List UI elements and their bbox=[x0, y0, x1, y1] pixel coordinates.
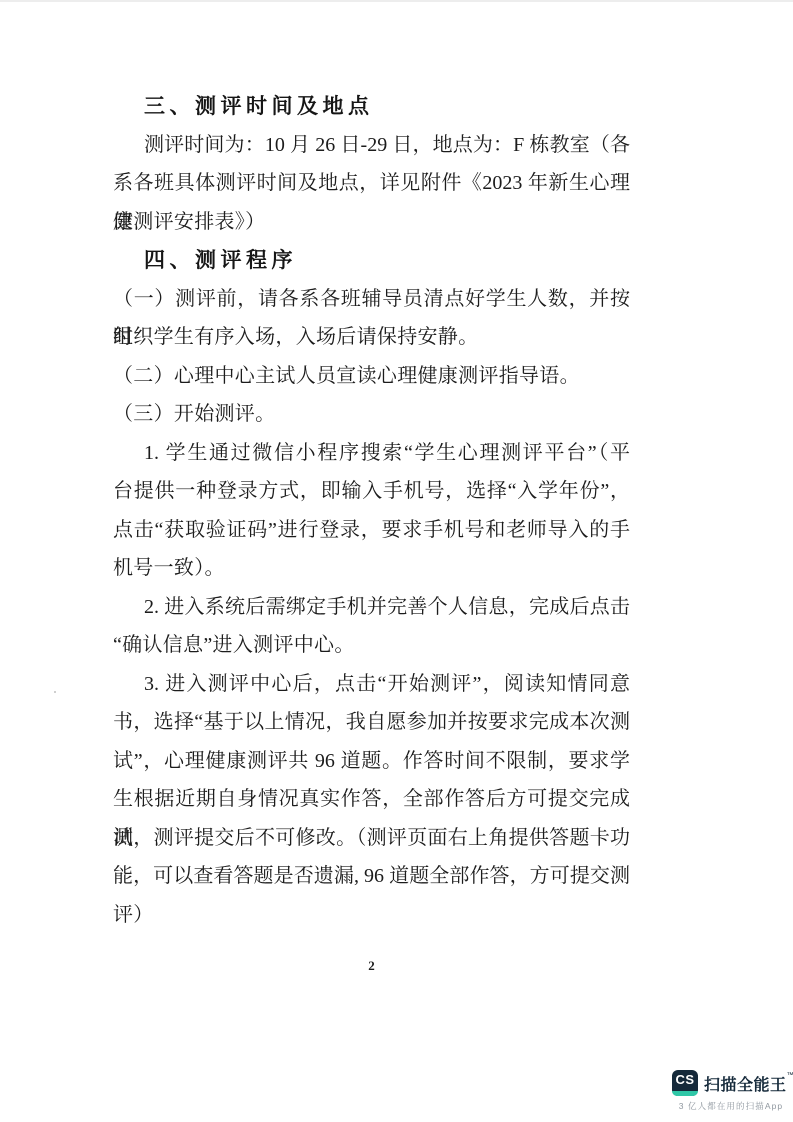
text-line: 书，选择“基于以上情况，我自愿参加并按要求完成本次测 bbox=[113, 703, 630, 742]
text-line: 1. 学生通过微信小程序搜索“学生心理测评平台”（平 bbox=[113, 434, 630, 473]
page-number: 2 bbox=[113, 958, 630, 974]
text-line: （一）测评前，请各系各班辅导员清点好学生人数，并按时 bbox=[113, 280, 630, 319]
camscanner-lockup: CS 扫描全能王™ bbox=[672, 1070, 790, 1096]
scanned-document-page: 三、测评时间及地点测评时间为：10 月 26 日-29 日，地点为：F 栋教室（… bbox=[0, 0, 793, 1122]
trademark-symbol: ™ bbox=[787, 1072, 793, 1079]
camscanner-brand-name: 扫描全能王 bbox=[704, 1077, 787, 1094]
text-line: 试”，心理健康测评共 96 道题。作答时间不限制，要求学 bbox=[113, 742, 630, 781]
section-heading: 三、测评时间及地点 bbox=[113, 87, 630, 126]
text-line: 机号一致）。 bbox=[113, 549, 630, 588]
text-line: 生根据近期自身情况真实作答，全部作答后方可提交完成测 bbox=[113, 780, 630, 819]
camscanner-brand-row: 扫描全能王™ bbox=[704, 1072, 793, 1095]
text-line: 组织学生有序入场，入场后请保持安静。 bbox=[113, 318, 630, 357]
camscanner-tagline: 3 亿人都在用的扫描App bbox=[672, 1100, 790, 1112]
text-line: 系各班具体测评时间及地点，详见附件《2023 年新生心理健 bbox=[113, 164, 630, 203]
camscanner-logo-icon: CS bbox=[672, 1070, 698, 1096]
text-line: 台提供一种登录方式，即输入手机号，选择“入学年份”， bbox=[113, 472, 630, 511]
text-line: 评） bbox=[113, 896, 630, 935]
text-line: 试，测评提交后不可修改。（测评页面右上角提供答题卡功 bbox=[113, 819, 630, 858]
camscanner-logo-accent bbox=[672, 1091, 698, 1096]
camscanner-watermark: CS 扫描全能王™ 3 亿人都在用的扫描App bbox=[672, 1070, 790, 1112]
scan-artifact bbox=[54, 691, 56, 693]
text-line: 2. 进入系统后需绑定手机并完善个人信息，完成后点击 bbox=[113, 588, 630, 627]
text-line: “确认信息”进入测评中心。 bbox=[113, 626, 630, 665]
text-line: 点击“获取验证码”进行登录，要求手机号和老师导入的手 bbox=[113, 511, 630, 550]
text-line: （二）心理中心主试人员宣读心理健康测评指导语。 bbox=[113, 357, 630, 396]
text-line: 康测评安排表》） bbox=[113, 203, 630, 242]
text-line: 能，可以查看答题是否遗漏, 96 道题全部作答，方可提交测 bbox=[113, 857, 630, 896]
text-line: 测评时间为：10 月 26 日-29 日，地点为：F 栋教室（各 bbox=[113, 126, 630, 165]
scan-edge-shadow bbox=[0, 0, 793, 2]
camscanner-logo-text: CS bbox=[672, 1072, 698, 1087]
section-heading: 四、测评程序 bbox=[113, 241, 630, 280]
text-line: （三）开始测评。 bbox=[113, 395, 630, 434]
document-body: 三、测评时间及地点测评时间为：10 月 26 日-29 日，地点为：F 栋教室（… bbox=[113, 87, 630, 934]
text-line: 3. 进入测评中心后，点击“开始测评”，阅读知情同意 bbox=[113, 665, 630, 704]
